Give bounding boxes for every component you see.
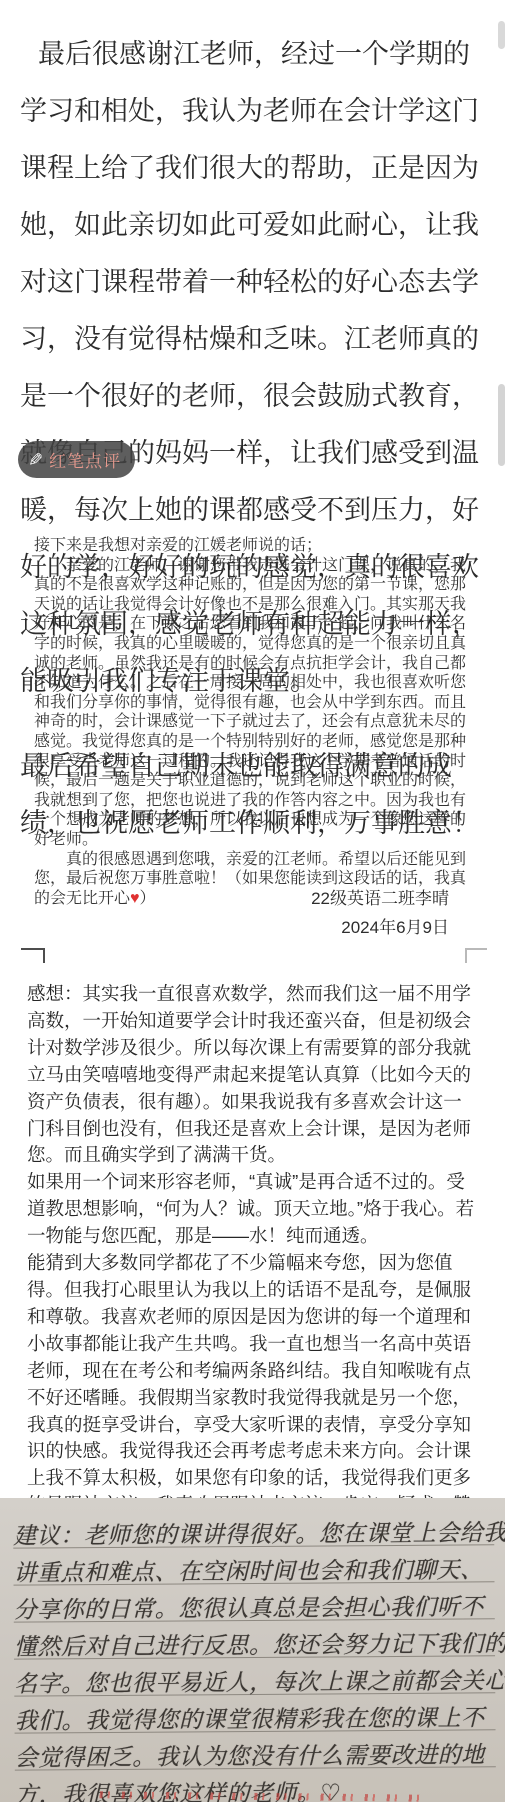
letter-body: 亲爱的江老师，谢谢您带我走进会计这门课，说真的，我真的不是很喜欢学这种记账的，但… [34,556,469,850]
handwritten-line: 我们。我觉得您的课堂很精彩我在您的课上不 [14,1693,495,1733]
handwritten-line: 分享你的日常。您很认真总是会担心我们听不 [14,1582,495,1622]
crop-corner-left-icon [21,948,45,963]
signature-date: 2024年6月9日 [34,913,449,942]
signature-class-name: 22级英语二班李晴 [34,884,449,913]
review2-paragraph-1: 感想：其实我一直很喜欢数学，然而我们这一届不用学高数，一开始知道要学会计时我还蛮… [27,981,480,1169]
crop-corner-right-icon [465,948,487,963]
letter-to-teacher: 接下来是我想对亲爱的江媛老师说的话； 亲爱的江老师，谢谢您带我走进会计这门课，说… [34,536,469,908]
handwritten-note-photo: 建议：老师您的课讲得很好。您在课堂上会给我 讲重点和难点、在空闲时间也会和我们聊… [0,1498,505,1802]
handwritten-line: 建议：老师您的课讲得很好。您在课堂上会给我 [13,1508,494,1548]
scrollbar-thumb[interactable] [498,21,505,49]
review2-paragraph-2: 如果用一个词来形容老师，“真诚”是再合适不过的。受道教思想影响，“何为人？诚。顶… [27,1169,480,1250]
handwritten-line: 懂然后对自己进行反思。您还会努力记下我们的 [14,1619,495,1659]
pen-icon: ✎ [28,451,43,469]
scrollbar-thumb[interactable] [498,384,505,466]
ruled-paper: 建议：老师您的课讲得很好。您在课堂上会给我 讲重点和难点、在空闲时间也会和我们聊… [0,1498,505,1802]
red-pen-review-watermark: ✎ 红笔点评 [18,441,135,478]
handwritten-line: 会觉得困乏。我认为您没有什么需要改进的地 [15,1730,496,1770]
letter-intro-line: 接下来是我想对亲爱的江媛老师说的话； [34,536,469,556]
handwritten-line: 讲重点和难点、在空闲时间也会和我们聊天、 [13,1545,494,1585]
watermark-label: 红笔点评 [49,447,121,472]
handwritten-line: 名字。您也很平易近人，每次上课之前都会关心 [14,1656,495,1696]
letter-signature: 22级英语二班李晴 2024年6月9日 [34,884,449,942]
